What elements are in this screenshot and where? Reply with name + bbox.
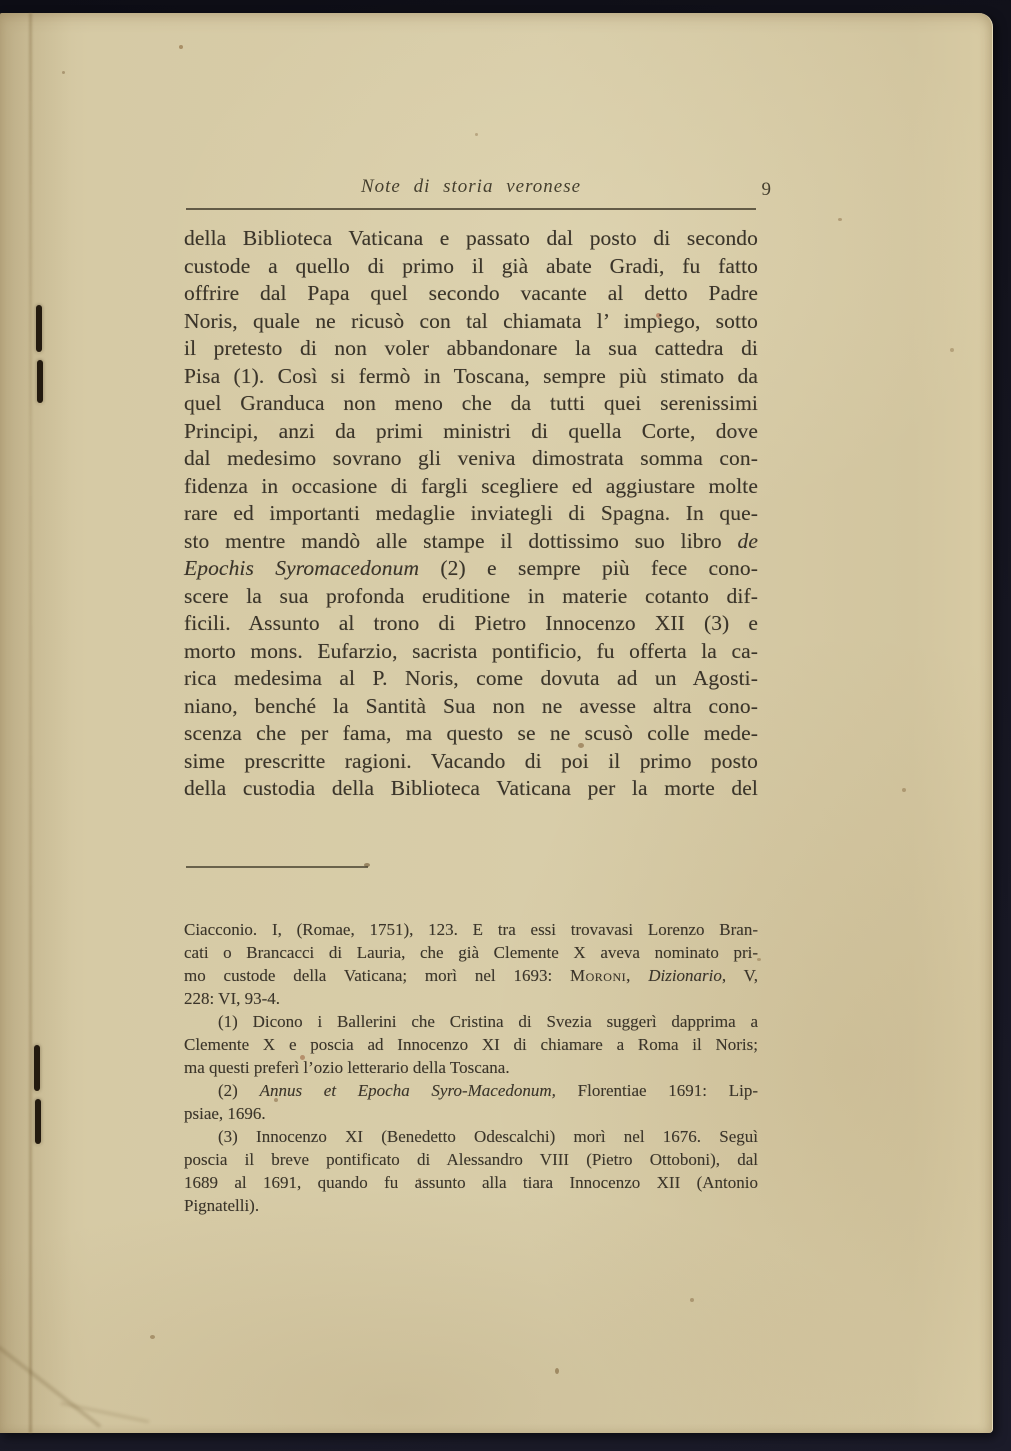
text-line: cati o Brancacci di Lauria, che già Clem…	[184, 941, 758, 964]
binding-stitch-mark	[36, 305, 42, 352]
text-line: Ciacconio. I, (Romae, 1751), 123. E tra …	[184, 918, 758, 941]
text-line: custode a quello di primo il già abate G…	[184, 253, 758, 281]
text-line: Principi, anzi da primi ministri di quel…	[184, 418, 758, 446]
paper-crease	[61, 1402, 150, 1424]
paper-speck	[475, 133, 478, 136]
text-line: rare ed importanti medaglie inviategli d…	[184, 500, 758, 528]
text-line: (3) Innocenzo XI (Benedetto Odescalchi) …	[184, 1125, 758, 1148]
book-page: Note di storia veronese 9 della Bibliote…	[0, 13, 993, 1433]
binding-stitch-mark	[34, 1045, 40, 1091]
text-line: ficili. Assunto al trono di Pietro Innoc…	[184, 610, 758, 638]
text-line: quel Granduca non meno che da tutti quei…	[184, 390, 758, 418]
text-line: della custodia della Biblioteca Vaticana…	[184, 775, 758, 803]
footnotes: Ciacconio. I, (Romae, 1751), 123. E tra …	[184, 918, 758, 1217]
text-line: Pignatelli).	[184, 1194, 758, 1217]
text-line: (1) Dicono i Ballerini che Cristina di S…	[184, 1010, 758, 1033]
text-line: sime prescritte ragioni. Vacando di poi …	[184, 748, 758, 776]
binding-stitch-mark	[35, 1099, 41, 1144]
paper-speck	[690, 1298, 694, 1302]
text-line: della Biblioteca Vaticana e passato dal …	[184, 225, 758, 253]
text-line: poscia il breve pontificato di Alessandr…	[184, 1148, 758, 1171]
binding-gutter-shadow	[0, 13, 72, 1433]
text-line: Pisa (1). Così si fermò in Toscana, semp…	[184, 363, 758, 391]
paper-speck	[838, 218, 842, 221]
body-text: della Biblioteca Vaticana e passato dal …	[184, 225, 758, 803]
text-line: scere la sua profonda eruditione in mate…	[184, 583, 758, 611]
paper-speck	[62, 71, 65, 74]
text-line: scenza che per fama, ma questo se ne scu…	[184, 720, 758, 748]
text-line: fidenza in occasione di fargli scegliere…	[184, 473, 758, 501]
text-line: 1689 al 1691, quando fu assunto alla tia…	[184, 1171, 758, 1194]
paper-speck	[179, 45, 183, 49]
binding-fold-line	[29, 13, 32, 1433]
paper-speck	[555, 1368, 559, 1374]
text-line: dal medesimo sovrano gli veniva dimostra…	[184, 445, 758, 473]
paper-speck	[150, 1335, 155, 1339]
text-line: Noris, quale ne ricusò con tal chiamata …	[184, 308, 758, 336]
text-line: Epochis Syromacedonum (2) e sempre più f…	[184, 555, 758, 583]
text-line: offrire dal Papa quel secondo vacante al…	[184, 280, 758, 308]
header-rule	[186, 208, 756, 210]
paper-speck	[950, 348, 954, 352]
paper-speck	[902, 788, 906, 792]
text-line: Clemente X e poscia ad Innocenzo XI di c…	[184, 1033, 758, 1056]
text-line: mo custode della Vaticana; morì nel 1693…	[184, 964, 758, 987]
running-head-title: Note di storia veronese	[184, 176, 758, 198]
text-line: ma questi preferì l’ozio letterario dell…	[184, 1056, 758, 1079]
text-line: psiae, 1696.	[184, 1102, 758, 1125]
text-line: il pretesto di non voler abbandonare la …	[184, 335, 758, 363]
page-header: Note di storia veronese 9	[184, 176, 758, 204]
text-line: niano, benché la Santità Sua non ne aves…	[184, 693, 758, 721]
text-line: sto mentre mandò alle stampe il dottissi…	[184, 528, 758, 556]
page-number: 9	[762, 179, 772, 201]
text-line: 228: VI, 93-4.	[184, 987, 758, 1010]
footnote-separator	[186, 866, 368, 868]
text-line: morto mons. Eufarzio, sacrista pontifici…	[184, 638, 758, 666]
text-line: (2) Annus et Epocha Syro-Macedonum, Flor…	[184, 1079, 758, 1102]
text-line: rica medesima al P. Noris, come dovuta a…	[184, 665, 758, 693]
scan-background: { "document": { "header": { "title": "No…	[0, 0, 1011, 1451]
binding-stitch-mark	[37, 360, 43, 403]
